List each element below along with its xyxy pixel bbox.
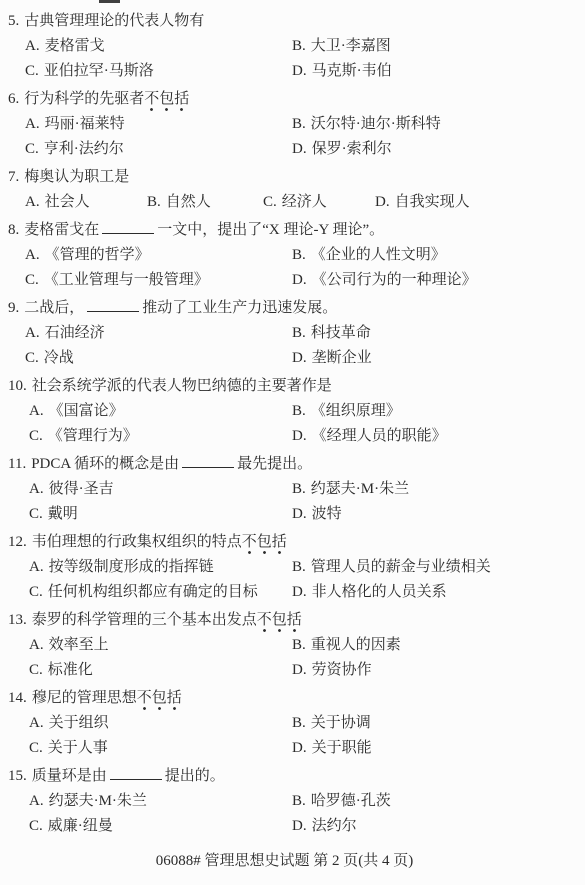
option-b: B.沃尔特·迪尔·斯科特 — [292, 112, 585, 137]
option-c: C.关于人事 — [29, 736, 292, 761]
option-c: C.《工业管理与一般管理》 — [25, 268, 292, 293]
option-text: 冷战 — [44, 350, 74, 366]
option-d: D.法约尔 — [292, 814, 585, 839]
question-number: 9. — [8, 300, 19, 316]
option-b: B.约瑟夫·M·朱兰 — [292, 477, 585, 502]
option-text: 自我实现人 — [395, 194, 470, 210]
question-6: 6.行为科学的先驱者不包括 A.玛丽·福莱特 B.沃尔特·迪尔·斯科特 C.亨利… — [0, 87, 585, 162]
option-b: B.哈罗德·孔茨 — [292, 789, 585, 814]
option-text: 《经理人员的职能》 — [312, 428, 447, 444]
option-label: A. — [29, 793, 44, 809]
option-a: A.效率至上 — [29, 633, 292, 658]
fill-in-blank — [102, 221, 154, 234]
option-label: B. — [292, 325, 306, 341]
option-label: A. — [25, 194, 40, 210]
question-number: 11. — [8, 456, 26, 472]
option-label: C. — [263, 194, 277, 210]
question-text-emphasized: 不包括 — [144, 91, 189, 112]
option-text: 玛丽·福莱特 — [45, 116, 125, 132]
option-text: 沃尔特·迪尔·斯科特 — [311, 116, 441, 132]
question-12: 12.韦伯理想的行政集权组织的特点不包括 A.按等级制度形成的指挥链 B.管理人… — [0, 530, 585, 605]
question-13-title: 13.泰罗的科学管理的三个基本出发点不包括 — [0, 608, 585, 633]
option-text: 关于人事 — [48, 740, 108, 756]
option-c: C.冷战 — [25, 346, 292, 371]
option-c: C.亨利·法约尔 — [25, 137, 292, 162]
option-label: D. — [292, 740, 307, 756]
option-a: A.《国富论》 — [29, 399, 292, 424]
question-12-options: A.按等级制度形成的指挥链 B.管理人员的薪金与业绩相关 C.任何机构组织都应有… — [0, 555, 585, 605]
option-label: A. — [25, 325, 40, 341]
option-label: D. — [292, 506, 307, 522]
option-text: 经济人 — [282, 194, 327, 210]
option-label: A. — [29, 559, 44, 575]
question-8-options: A.《管理的哲学》 B.《企业的人性文明》 C.《工业管理与一般管理》 D.《公… — [0, 243, 585, 293]
option-label: B. — [292, 715, 306, 731]
option-d: D.波特 — [292, 502, 585, 527]
question-number: 8. — [8, 222, 19, 238]
option-text: 彼得·圣吉 — [49, 481, 114, 497]
question-12-title: 12.韦伯理想的行政集权组织的特点不包括 — [0, 530, 585, 555]
option-a: A.《管理的哲学》 — [25, 243, 292, 268]
question-8-title: 8.麦格雷戈在一文中，提出了“X 理论-Y 理论”。 — [0, 218, 585, 243]
option-text: 自然人 — [166, 194, 211, 210]
option-label: B. — [292, 793, 306, 809]
option-a: A.玛丽·福莱特 — [25, 112, 292, 137]
option-text: 社会人 — [45, 194, 90, 210]
option-text: 管理人员的薪金与业绩相关 — [311, 559, 491, 575]
option-text: 麦格雷戈 — [45, 38, 105, 54]
option-label: A. — [29, 715, 44, 731]
option-text: 关于职能 — [312, 740, 372, 756]
option-text: 《管理的哲学》 — [45, 247, 150, 263]
question-5-title: 5.古典管理理论的代表人物有 — [0, 9, 585, 34]
question-7-title: 7.梅奥认为职工是 — [0, 165, 585, 190]
option-label: C. — [29, 506, 43, 522]
option-d: D.《经理人员的职能》 — [292, 424, 585, 449]
option-label: D. — [292, 584, 307, 600]
option-label: B. — [147, 194, 161, 210]
option-text: 重视人的因素 — [311, 637, 401, 653]
option-text: 波特 — [312, 506, 342, 522]
question-13-options: A.效率至上 B.重视人的因素 C.标准化 D.劳资协作 — [0, 633, 585, 683]
option-d: D.垄断企业 — [292, 346, 585, 371]
option-label: C. — [29, 740, 43, 756]
question-text: 麦格雷戈在 — [24, 222, 99, 238]
option-text: 威廉·纽曼 — [48, 818, 113, 834]
option-c: C.经济人 — [263, 190, 375, 215]
option-label: C. — [29, 584, 43, 600]
option-label: A. — [25, 38, 40, 54]
option-label: D. — [292, 350, 307, 366]
option-label: C. — [29, 428, 43, 444]
option-label: A. — [29, 637, 44, 653]
option-text: 法约尔 — [312, 818, 357, 834]
option-text: 垄断企业 — [312, 350, 372, 366]
question-5-options: A.麦格雷戈 B.大卫·李嘉图 C.亚伯拉罕·马斯洛 D.马克斯·韦伯 — [0, 34, 585, 84]
option-text: 亨利·法约尔 — [44, 141, 124, 157]
option-text: 科技革命 — [311, 325, 371, 341]
option-label: D. — [292, 818, 307, 834]
question-text: 韦伯理想的行政集权组织的特点 — [32, 534, 242, 550]
question-text: 穆尼的管理思想 — [32, 690, 137, 706]
question-text-emphasized: 不包括 — [137, 690, 182, 711]
option-label: C. — [25, 141, 39, 157]
option-text: 石油经济 — [45, 325, 105, 341]
question-15: 15.质量环是由提出的。 A.约瑟夫·M·朱兰 B.哈罗德·孔茨 C.威廉·纽曼… — [0, 764, 585, 839]
option-b: B.重视人的因素 — [292, 633, 585, 658]
option-label: D. — [292, 428, 307, 444]
option-b: B.管理人员的薪金与业绩相关 — [292, 555, 585, 580]
question-10-options: A.《国富论》 B.《组织原理》 C.《管理行为》 D.《经理人员的职能》 — [0, 399, 585, 449]
question-text: 社会系统学派的代表人物巴纳德的主要著作是 — [32, 378, 332, 394]
question-text: 质量环是由 — [32, 768, 107, 784]
option-label: A. — [25, 116, 40, 132]
question-text: PDCA 循环的概念是由 — [31, 456, 179, 472]
option-label: B. — [292, 559, 306, 575]
option-a: A.麦格雷戈 — [25, 34, 292, 59]
question-text: 提出的。 — [165, 768, 225, 784]
option-label: D. — [292, 63, 307, 79]
fill-in-blank — [182, 455, 234, 468]
option-c: C.《管理行为》 — [29, 424, 292, 449]
option-text: 非人格化的人员关系 — [312, 584, 447, 600]
question-text: 推动了工业生产力迅速发展。 — [142, 300, 337, 316]
option-a: A.彼得·圣吉 — [29, 477, 292, 502]
option-text: 《管理行为》 — [48, 428, 138, 444]
option-b: B.《企业的人性文明》 — [292, 243, 585, 268]
option-text: 劳资协作 — [312, 662, 372, 678]
question-5: 5.古典管理理论的代表人物有 A.麦格雷戈 B.大卫·李嘉图 C.亚伯拉罕·马斯… — [0, 9, 585, 84]
fill-in-blank — [110, 767, 162, 780]
page-footer: 06088# 管理思想史试题 第 2 页(共 4 页) — [0, 849, 585, 874]
question-10: 10.社会系统学派的代表人物巴纳德的主要著作是 A.《国富论》 B.《组织原理》… — [0, 374, 585, 449]
question-10-title: 10.社会系统学派的代表人物巴纳德的主要著作是 — [0, 374, 585, 399]
option-label: A. — [29, 403, 44, 419]
question-15-title: 15.质量环是由提出的。 — [0, 764, 585, 789]
question-9: 9.二战后，推动了工业生产力迅速发展。 A.石油经济 B.科技革命 C.冷战 D… — [0, 296, 585, 371]
question-number: 6. — [8, 91, 19, 107]
option-label: B. — [292, 481, 306, 497]
fill-in-blank — [87, 299, 139, 312]
option-d: D.保罗·索利尔 — [292, 137, 585, 162]
question-text: 古典管理理论的代表人物有 — [24, 13, 204, 29]
option-a: A.石油经济 — [25, 321, 292, 346]
question-number: 12. — [8, 534, 27, 550]
question-text-emphasized: 不包括 — [242, 534, 287, 555]
question-7-options: A.社会人 B.自然人 C.经济人 D.自我实现人 — [0, 190, 585, 215]
question-14: 14.穆尼的管理思想不包括 A.关于组织 B.关于协调 C.关于人事 D.关于职… — [0, 686, 585, 761]
option-d: D.马克斯·韦伯 — [292, 59, 585, 84]
option-c: C.威廉·纽曼 — [29, 814, 292, 839]
question-8: 8.麦格雷戈在一文中，提出了“X 理论-Y 理论”。 A.《管理的哲学》 B.《… — [0, 218, 585, 293]
question-text: 泰罗的科学管理的三个基本出发点 — [32, 612, 257, 628]
option-text: 关于协调 — [311, 715, 371, 731]
question-number: 14. — [8, 690, 27, 706]
option-a: A.社会人 — [25, 190, 147, 215]
question-15-options: A.约瑟夫·M·朱兰 B.哈罗德·孔茨 C.威廉·纽曼 D.法约尔 — [0, 789, 585, 839]
question-9-options: A.石油经济 B.科技革命 C.冷战 D.垄断企业 — [0, 321, 585, 371]
scan-artifact — [99, 0, 120, 3]
option-text: 《工业管理与一般管理》 — [44, 272, 209, 288]
question-13: 13.泰罗的科学管理的三个基本出发点不包括 A.效率至上 B.重视人的因素 C.… — [0, 608, 585, 683]
question-11: 11.PDCA 循环的概念是由最先提出。 A.彼得·圣吉 B.约瑟夫·M·朱兰 … — [0, 452, 585, 527]
option-text: 《国富论》 — [49, 403, 124, 419]
question-text: 最先提出。 — [237, 456, 312, 472]
option-label: C. — [29, 818, 43, 834]
option-label: D. — [292, 662, 307, 678]
option-text: 哈罗德·孔茨 — [311, 793, 391, 809]
option-c: C.标准化 — [29, 658, 292, 683]
option-b: B.关于协调 — [292, 711, 585, 736]
option-text: 《公司行为的一种理论》 — [312, 272, 477, 288]
question-text: 一文中，提出了“X 理论-Y 理论”。 — [157, 222, 384, 238]
option-a: A.按等级制度形成的指挥链 — [29, 555, 292, 580]
option-b: B.科技革命 — [292, 321, 585, 346]
option-label: B. — [292, 403, 306, 419]
question-6-options: A.玛丽·福莱特 B.沃尔特·迪尔·斯科特 C.亨利·法约尔 D.保罗·索利尔 — [0, 112, 585, 162]
option-text: 效率至上 — [49, 637, 109, 653]
option-text: 关于组织 — [49, 715, 109, 731]
option-label: B. — [292, 637, 306, 653]
option-label: D. — [292, 272, 307, 288]
question-text: 梅奥认为职工是 — [24, 169, 129, 185]
option-text: 亚伯拉罕·马斯洛 — [44, 63, 154, 79]
question-text: 二战后， — [24, 300, 84, 316]
option-text: 保罗·索利尔 — [312, 141, 392, 157]
option-text: 约瑟夫·M·朱兰 — [49, 793, 147, 809]
option-a: A.约瑟夫·M·朱兰 — [29, 789, 292, 814]
option-label: C. — [29, 662, 43, 678]
question-number: 7. — [8, 169, 19, 185]
question-14-options: A.关于组织 B.关于协调 C.关于人事 D.关于职能 — [0, 711, 585, 761]
option-c: C.戴明 — [29, 502, 292, 527]
question-text: 行为科学的先驱者 — [24, 91, 144, 107]
option-text: 戴明 — [48, 506, 78, 522]
option-b: B.大卫·李嘉图 — [292, 34, 585, 59]
option-text: 《组织原理》 — [311, 403, 401, 419]
question-number: 15. — [8, 768, 27, 784]
option-c: C.任何机构组织都应有确定的目标 — [29, 580, 292, 605]
option-label: C. — [25, 272, 39, 288]
question-number: 5. — [8, 13, 19, 29]
option-label: C. — [25, 63, 39, 79]
option-text: 按等级制度形成的指挥链 — [49, 559, 214, 575]
option-b: B.《组织原理》 — [292, 399, 585, 424]
option-text: 《企业的人性文明》 — [311, 247, 446, 263]
question-7: 7.梅奥认为职工是 A.社会人 B.自然人 C.经济人 D.自我实现人 — [0, 165, 585, 215]
option-d: D.劳资协作 — [292, 658, 585, 683]
option-label: B. — [292, 247, 306, 263]
question-11-title: 11.PDCA 循环的概念是由最先提出。 — [0, 452, 585, 477]
option-label: D. — [292, 141, 307, 157]
option-label: A. — [29, 481, 44, 497]
option-label: B. — [292, 116, 306, 132]
question-number: 10. — [8, 378, 27, 394]
question-14-title: 14.穆尼的管理思想不包括 — [0, 686, 585, 711]
option-d: D.关于职能 — [292, 736, 585, 761]
option-label: C. — [25, 350, 39, 366]
option-text: 任何机构组织都应有确定的目标 — [48, 584, 258, 600]
question-11-options: A.彼得·圣吉 B.约瑟夫·M·朱兰 C.戴明 D.波特 — [0, 477, 585, 527]
question-9-title: 9.二战后，推动了工业生产力迅速发展。 — [0, 296, 585, 321]
option-a: A.关于组织 — [29, 711, 292, 736]
option-text: 约瑟夫·M·朱兰 — [311, 481, 409, 497]
option-text: 马克斯·韦伯 — [312, 63, 392, 79]
option-d: D.非人格化的人员关系 — [292, 580, 585, 605]
question-text-emphasized: 不包括 — [257, 612, 302, 633]
option-text: 大卫·李嘉图 — [311, 38, 391, 54]
option-b: B.自然人 — [147, 190, 263, 215]
option-label: A. — [25, 247, 40, 263]
option-d: D.自我实现人 — [375, 190, 470, 215]
option-label: B. — [292, 38, 306, 54]
question-number: 13. — [8, 612, 27, 628]
option-label: D. — [375, 194, 390, 210]
option-d: D.《公司行为的一种理论》 — [292, 268, 585, 293]
option-c: C.亚伯拉罕·马斯洛 — [25, 59, 292, 84]
option-text: 标准化 — [48, 662, 93, 678]
question-6-title: 6.行为科学的先驱者不包括 — [0, 87, 585, 112]
